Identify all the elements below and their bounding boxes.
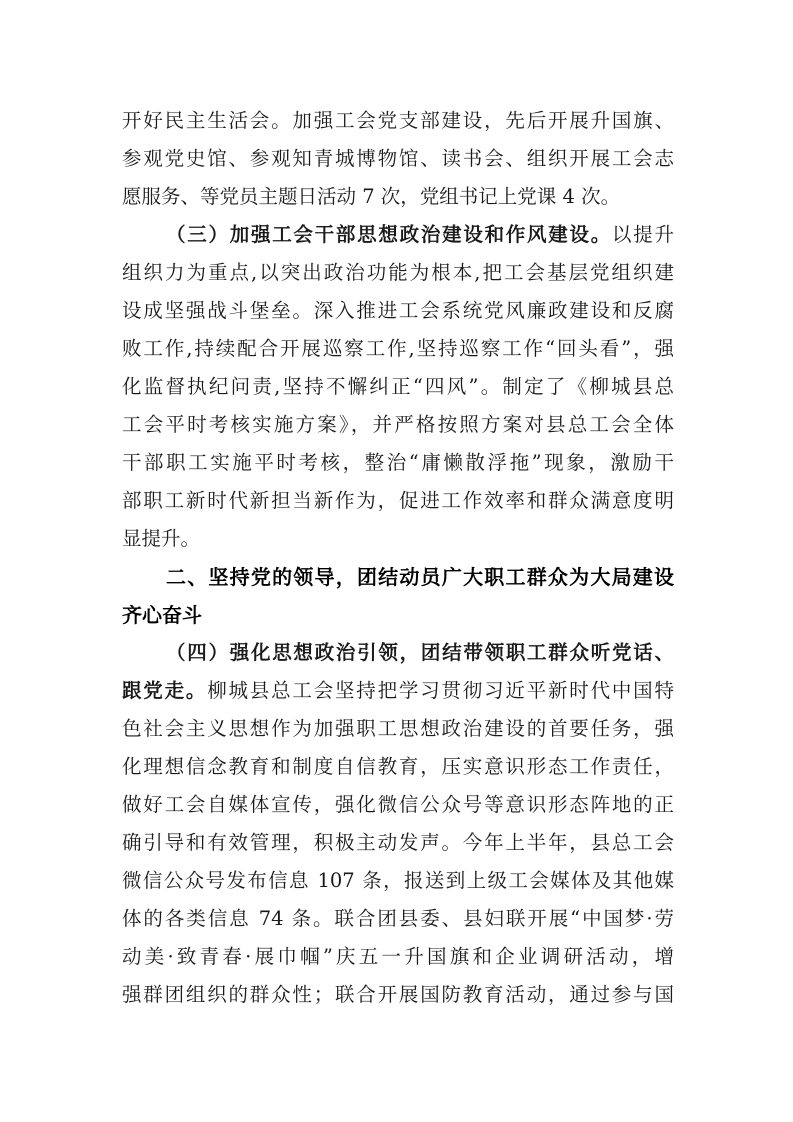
paragraph-line: 强群团组织的群众性；联合开展国防教育活动，通过参与国 [122,980,674,1010]
section-3-first-line: （三）加强工会干部思想政治建设和作风建设。以提升 [166,220,674,250]
section-heading: 二、坚持党的领导，团结动员广大职工群众为大局建设 [166,562,674,592]
paragraph-text: 以提升 [612,223,674,246]
paragraph-line: 动美·致青春·展巾帼”庆五一升国旗和企业调研活动，增 [122,942,674,972]
paragraph-line: 做好工会自媒体宣传，强化微信公众号等意识形态阵地的正 [122,790,674,820]
paragraph-line: 确引导和有效管理，积极主动发声。今年上半年，县总工会 [122,828,674,858]
paragraph-line: 愿服务、等党员主题日活动 7 次，党组书记上党课 4 次。 [122,182,674,212]
paragraph-line: 体的各类信息 74 条。联合团县委、县妇联开展“中国梦·劳 [122,904,674,934]
paragraph-line: 部职工新时代新担当新作为，促进工作效率和群众满意度明 [122,486,674,516]
section-4-title: （四）强化思想政治引领，团结带领职工群众听党话、 [166,641,674,664]
paragraph-text: 柳城县总工会坚持把学习贯彻习近平新时代中国特 [207,679,674,702]
paragraph-line: 微信公众号发布信息 107 条，报送到上级工会媒体及其他媒 [122,866,674,896]
document-page: 开好民主生活会。加强工会党支部建设，先后开展升国旗、 参观党史馆、参观知青城博物… [0,0,793,1122]
section-4-first-line: （四）强化思想政治引领，团结带领职工群众听党话、 [166,638,674,668]
paragraph-line: 组织力为重点,以突出政治功能为根本,把工会基层党组织建 [122,258,674,288]
section-3-title: （三）加强工会干部思想政治建设和作风建设。 [166,223,612,246]
paragraph-line: 化监督执纪问责,坚持不懈纠正“四风”。制定了《柳城县总 [122,372,674,402]
paragraph-line: 设成坚强战斗堡垒。深入推进工会系统党风廉政建设和反腐 [122,296,674,326]
paragraph-line: 参观党史馆、参观知青城博物馆、读书会、组织开展工会志 [122,144,674,174]
paragraph-line: 败工作,持续配合开展巡察工作,坚持巡察工作“回头看”，强 [122,334,674,364]
paragraph-line: 显提升。 [122,524,674,554]
paragraph-line: 工会平时考核实施方案》，并严格按照方案对县总工会全体 [122,410,674,440]
paragraph-line: 跟党走。柳城县总工会坚持把学习贯彻习近平新时代中国特 [122,676,674,706]
paragraph-line: 色社会主义思想作为加强职工思想政治建设的首要任务，强 [122,714,674,744]
paragraph-line: 干部职工实施平时考核，整治“庸懒散浮拖”现象，激励干 [122,448,674,478]
section-4-title-end: 跟党走。 [122,679,207,702]
paragraph-line: 化理想信念教育和制度自信教育，压实意识形态工作责任， [122,752,674,782]
section-heading-continued: 齐心奋斗 [122,600,674,630]
paragraph-line: 开好民主生活会。加强工会党支部建设，先后开展升国旗、 [122,106,674,136]
